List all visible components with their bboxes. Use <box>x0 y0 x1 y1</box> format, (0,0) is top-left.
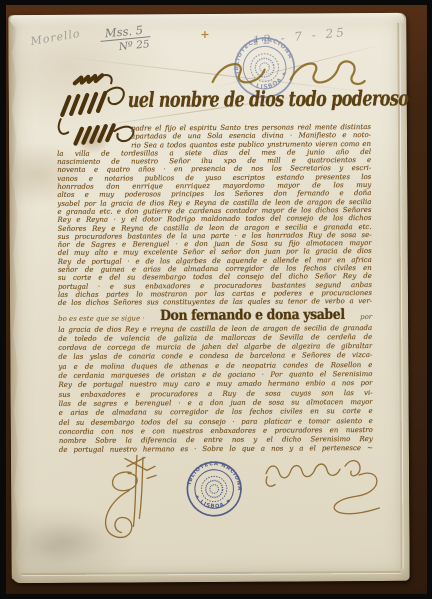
body-text: padre el fijo el espiritu Santo tres per… <box>57 123 373 456</box>
scanned-manuscript-photo: { "annotations": { "pencil_left": "Morel… <box>0 0 432 599</box>
gold-cross-mark: + <box>200 28 209 41</box>
svg-text:BIBLIOTECA NACIONAL: BIBLIOTECA NACIONAL <box>183 457 246 492</box>
library-stamp-bottom: BIBLIOTECA NACIONAL ★ LISBOA ★ <box>182 457 246 521</box>
inline-heading-post: por <box>360 313 372 321</box>
shelfmark-item-number: Nº 25 <box>117 38 152 53</box>
inline-heading: Don fernando e dona ysabel <box>160 305 345 323</box>
royal-signature <box>261 449 389 528</box>
manuscript-page: Morello Mss. 5 Nº 25 + 12 - 7 - 25 BIBLI… <box>8 13 409 583</box>
body-lines-second-block: la gracia de dios Rey e rreyna de castil… <box>58 324 373 456</box>
body-lines-first-block: la villa de tordesillas a siete dias del… <box>57 148 372 308</box>
shelfmark-note: Mss. 5 Nº 25 <box>99 22 152 55</box>
under-sheet-edge <box>22 571 401 575</box>
opening-heading: uel nonbre de dios todo poderoso <box>128 86 374 112</box>
notary-rubric-signature <box>79 450 172 559</box>
pencil-owner-note: Morello <box>30 27 82 48</box>
inline-heading-pre: bo es este que se sigue · <box>58 314 145 323</box>
inline-heading-line: bo es este que se sigue · Don fernando e… <box>58 307 372 324</box>
stamp-bottom-text: BIBLIOTECA NACIONAL <box>183 457 246 492</box>
body-indented-lines: padre el fijo el espiritu Santo tres per… <box>131 123 371 149</box>
